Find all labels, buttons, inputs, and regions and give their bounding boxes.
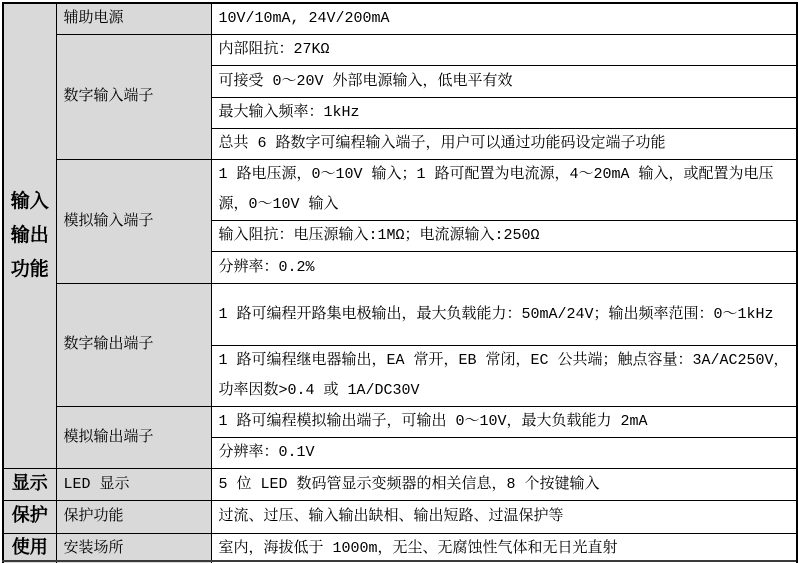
subsystem-cell-installation-site: 安装场所 — [56, 534, 211, 563]
spec-cell-analog-output-channels: 1 路可编程模拟输出端子，可输出 0～10V，最大负载能力 2mA — [211, 407, 797, 438]
subsystem-cell-analog-input: 模拟输入端子 — [56, 160, 211, 284]
category-io-line1: 输入 — [6, 185, 54, 219]
spec-cell-digital-input-max-freq: 最大输入频率：1kHz — [211, 98, 797, 129]
category-cell-io: 输入 输出 功能 — [3, 3, 56, 469]
category-cell-protection: 保护 — [3, 501, 56, 534]
category-io-line3: 功能 — [6, 253, 54, 287]
spec-cell-analog-output-resolution: 分辨率：0.1V — [211, 438, 797, 469]
next-row-partial-border — [2, 560, 796, 562]
subsystem-cell-digital-output: 数字输出端子 — [56, 284, 211, 407]
subsystem-cell-protection-function: 保护功能 — [56, 501, 211, 534]
category-cell-display: 显示 — [3, 469, 56, 501]
spec-cell-digital-input-impedance: 内部阻抗：27KΩ — [211, 35, 797, 66]
spec-cell-led-display: 5 位 LED 数码管显示变频器的相关信息，8 个按键输入 — [211, 469, 797, 501]
subsystem-cell-led-display: LED 显示 — [56, 469, 211, 501]
spec-cell-analog-input-channels: 1 路电压源，0～10V 输入；1 路可配置为电流源，4～20mA 输入，或配置… — [211, 160, 797, 221]
spec-cell-digital-input-channels: 总共 6 路数字可编程输入端子，用户可以通过功能码设定端子功能 — [211, 129, 797, 160]
inverter-spec-table: 输入 输出 功能 辅助电源 10V/10mA, 24V/200mA 数字输入端子… — [2, 2, 798, 563]
subsystem-cell-aux-power: 辅助电源 — [56, 3, 211, 35]
spec-cell-aux-power: 10V/10mA, 24V/200mA — [211, 3, 797, 35]
spec-cell-digital-output-collector: 1 路可编程开路集电极输出，最大负载能力：50mA/24V；输出频率范围：0～1… — [211, 284, 797, 346]
spec-cell-analog-input-impedance: 输入阻抗：电压源输入:1MΩ；电流源输入:250Ω — [211, 221, 797, 252]
spec-cell-installation-site: 室内，海拔低于 1000m，无尘、无腐蚀性气体和无日光直射 — [211, 534, 797, 563]
spec-cell-analog-input-resolution: 分辨率：0.2% — [211, 252, 797, 284]
category-cell-usage: 使用 — [3, 534, 56, 563]
category-io-line2: 输出 — [6, 219, 54, 253]
subsystem-cell-analog-output: 模拟输出端子 — [56, 407, 211, 469]
subsystem-cell-digital-input: 数字输入端子 — [56, 35, 211, 160]
spec-cell-digital-input-voltage: 可接受 0～20V 外部电源输入，低电平有效 — [211, 66, 797, 98]
spec-cell-digital-output-relay: 1 路可编程继电器输出，EA 常开，EB 常闭，EC 公共端；触点容量：3A/A… — [211, 346, 797, 407]
spec-cell-protection-function: 过流、过压、输入输出缺相、输出短路、过温保护等 — [211, 501, 797, 534]
